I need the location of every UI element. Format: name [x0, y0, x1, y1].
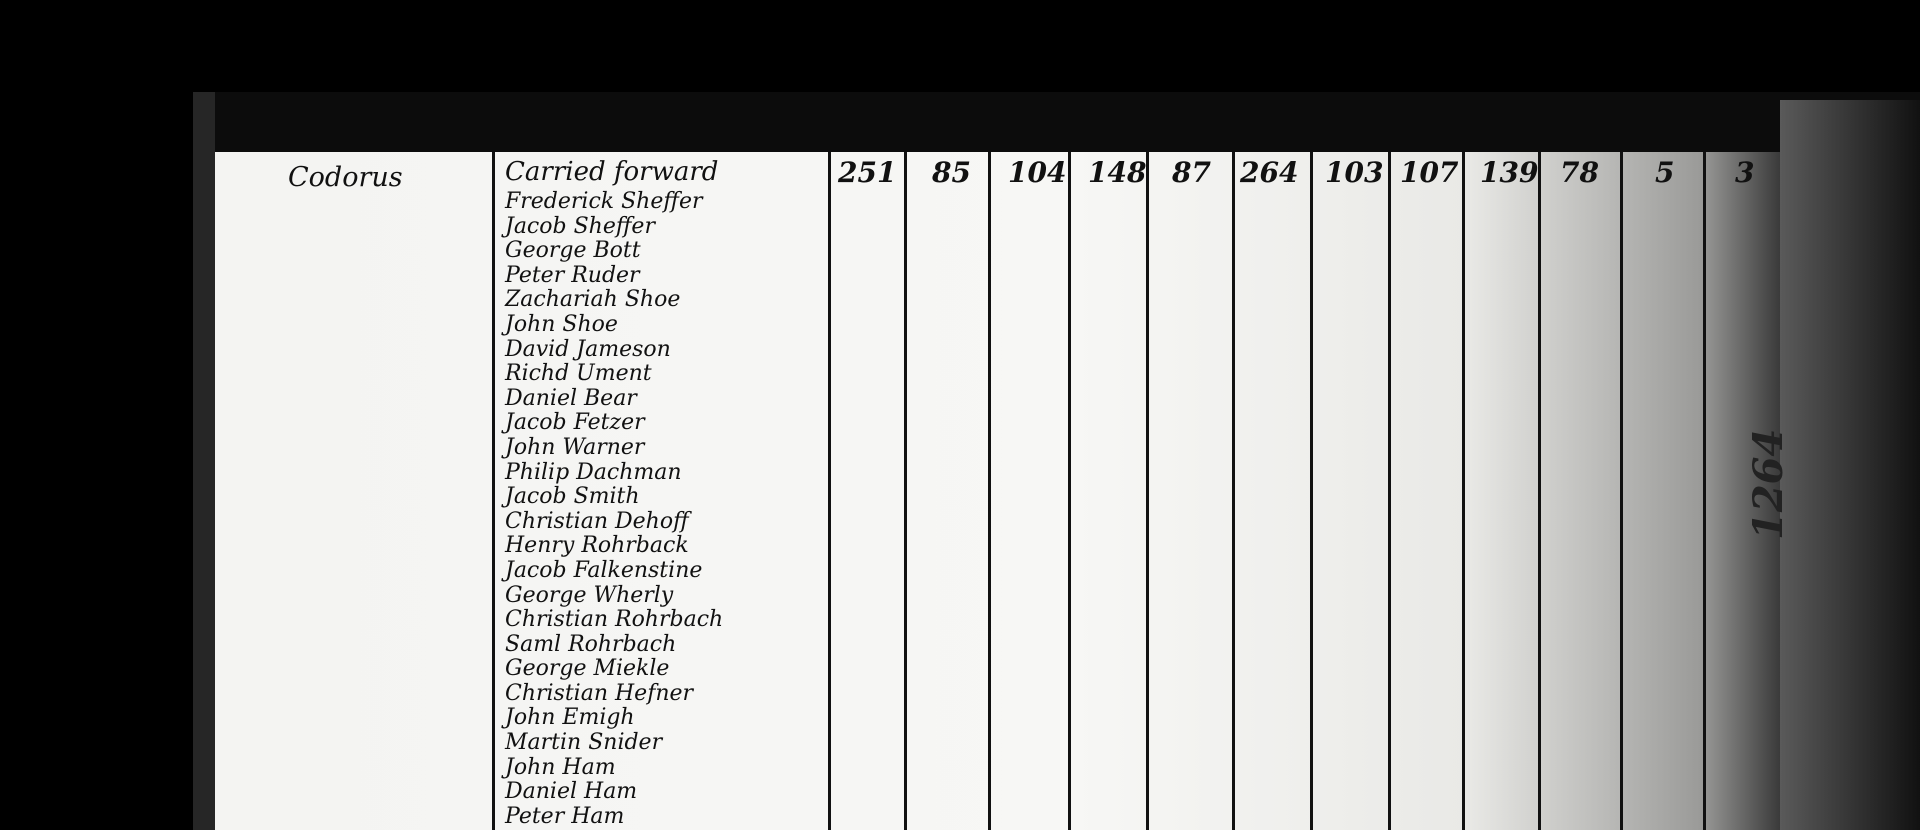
- list-item: John Emigh: [505, 706, 835, 731]
- township-label: Codorus: [288, 162, 403, 193]
- list-item: Jacob Falkenstine: [505, 559, 835, 584]
- list-item: John Warner: [505, 436, 835, 461]
- page-number-stamp: 1264: [1745, 429, 1792, 540]
- column-total: 264: [1240, 156, 1298, 189]
- list-item: Martin Snider: [505, 731, 835, 756]
- list-item: Jacob Sheffer: [505, 215, 835, 240]
- list-item: Christian Dehoff: [505, 510, 835, 535]
- column-total: 104: [1008, 156, 1066, 189]
- scan-left-border: [193, 92, 215, 830]
- list-item: Jacob Smith: [505, 485, 835, 510]
- list-item: Richd Ument: [505, 362, 835, 387]
- list-item: John Ham: [505, 756, 835, 781]
- column-total: 3: [1735, 156, 1754, 189]
- column-divider: [1703, 152, 1706, 830]
- carried-forward-label: Carried forward: [505, 160, 835, 190]
- list-item: David Jameson: [505, 338, 835, 363]
- column-divider: [1068, 152, 1071, 830]
- list-item: Saml Rohrbach: [505, 633, 835, 658]
- list-item: Henry Rohrback: [505, 534, 835, 559]
- column-total: 85: [932, 156, 971, 189]
- column-divider: [492, 152, 495, 830]
- column-divider: [1462, 152, 1465, 830]
- column-divider: [1310, 152, 1313, 830]
- column-divider: [1538, 152, 1541, 830]
- column-total: 5: [1655, 156, 1674, 189]
- list-item: Zachariah Shoe: [505, 288, 835, 313]
- list-item: Frederick Sheffer: [505, 190, 835, 215]
- list-item: Daniel Bear: [505, 387, 835, 412]
- list-item: Daniel Ham: [505, 780, 835, 805]
- column-total: 103: [1325, 156, 1383, 189]
- column-divider: [1232, 152, 1235, 830]
- list-item: Christian Rohrbach: [505, 608, 835, 633]
- household-names-column: Carried forward Frederick Sheffer Jacob …: [505, 160, 835, 829]
- scan-top-border: [193, 92, 1920, 152]
- column-total: 251: [838, 156, 896, 189]
- column-total: 148: [1088, 156, 1146, 189]
- list-item: Peter Ruder: [505, 264, 835, 289]
- column-divider: [988, 152, 991, 830]
- list-item: Christian Hefner: [505, 682, 835, 707]
- list-item: George Wherly: [505, 584, 835, 609]
- page-edge-shadow: [1780, 100, 1920, 830]
- list-item: Jacob Fetzer: [505, 411, 835, 436]
- list-item: John Shoe: [505, 313, 835, 338]
- column-divider: [1620, 152, 1623, 830]
- ledger-page: [215, 152, 1780, 830]
- column-total: 78: [1560, 156, 1599, 189]
- column-total: 139: [1480, 156, 1538, 189]
- column-total: 107: [1400, 156, 1458, 189]
- list-item: George Miekle: [505, 657, 835, 682]
- column-total: 87: [1172, 156, 1211, 189]
- list-item: Philip Dachman: [505, 461, 835, 486]
- list-item: Peter Ham: [505, 805, 835, 830]
- column-divider: [904, 152, 907, 830]
- list-item: George Bott: [505, 239, 835, 264]
- column-divider: [1388, 152, 1391, 830]
- column-divider: [1146, 152, 1149, 830]
